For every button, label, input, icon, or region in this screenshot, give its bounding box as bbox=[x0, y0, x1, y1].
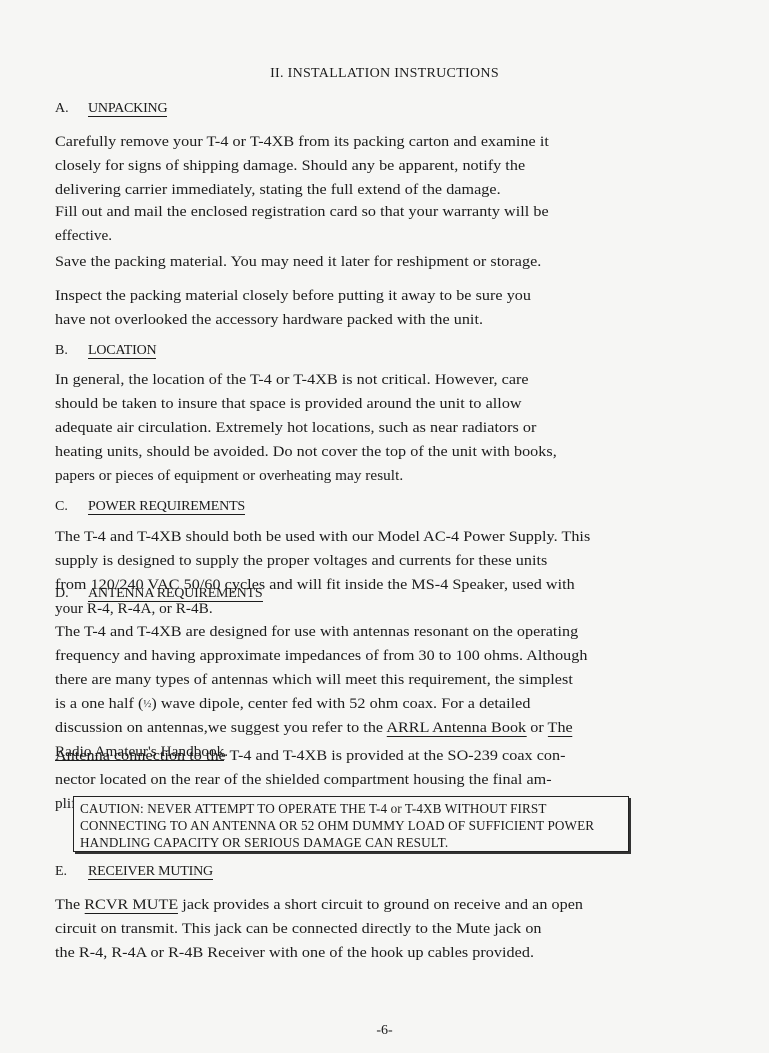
text-span: The bbox=[55, 896, 84, 913]
text-line: nector located on the rear of the shield… bbox=[55, 768, 552, 793]
section-letter: A. bbox=[55, 101, 88, 117]
text-line: Save the packing material. You may need … bbox=[55, 250, 541, 275]
text-line: have not overlooked the accessory hardwa… bbox=[55, 308, 483, 333]
section-letter: B. bbox=[55, 343, 88, 359]
text-line: Inspect the packing material closely bef… bbox=[55, 284, 531, 309]
text-line: closely for signs of shipping damage. Sh… bbox=[55, 154, 525, 179]
text-span: is a one half ( bbox=[55, 695, 143, 712]
caution-line: CONNECTING TO AN ANTENNA OR 52 OHM DUMMY… bbox=[80, 818, 594, 834]
manual-page: II. INSTALLATION INSTRUCTIONS A.UNPACKIN… bbox=[0, 0, 769, 1053]
text-span: discussion on antennas,we suggest you re… bbox=[55, 719, 386, 736]
text-line: heating units, should be avoided. Do not… bbox=[55, 440, 557, 465]
section-title: POWER REQUIREMENTS bbox=[88, 499, 245, 515]
text-line: should be taken to insure that space is … bbox=[55, 392, 522, 417]
text-line: circuit on transmit. This jack can be co… bbox=[55, 917, 542, 942]
section-title: ANTENNA REQUIREMENTS bbox=[88, 586, 263, 602]
text-line: effective. bbox=[55, 224, 112, 249]
section-heading-unpacking: A.UNPACKING bbox=[55, 101, 167, 117]
section-title: UNPACKING bbox=[88, 101, 167, 117]
term-rcvr-mute: RCVR MUTE bbox=[84, 896, 178, 914]
text-line: discussion on antennas,we suggest you re… bbox=[55, 716, 573, 741]
text-line: The T-4 and T-4XB should both be used wi… bbox=[55, 525, 590, 550]
caution-box: CAUTION: NEVER ATTEMPT TO OPERATE THE T-… bbox=[73, 796, 629, 852]
text-line: the R-4, R-4A or R-4B Receiver with one … bbox=[55, 941, 534, 966]
page-number: -6- bbox=[0, 1023, 769, 1039]
section-heading-location: B.LOCATION bbox=[55, 343, 156, 359]
text-line: The T-4 and T-4XB are designed for use w… bbox=[55, 620, 578, 645]
section-title: LOCATION bbox=[88, 343, 156, 359]
caution-line: HANDLING CAPACITY OR SERIOUS DAMAGE CAN … bbox=[80, 835, 448, 851]
text-line: Antenna connection to the T-4 and T-4XB … bbox=[55, 744, 566, 769]
section-title: RECEIVER MUTING bbox=[88, 864, 213, 880]
section-heading-power-requirements: C.POWER REQUIREMENTS bbox=[55, 499, 245, 515]
text-line: adequate air circulation. Extremely hot … bbox=[55, 416, 536, 441]
reference-radio-amateurs-handbook: The bbox=[548, 719, 573, 737]
text-span: or bbox=[526, 719, 547, 736]
text-line: there are many types of antennas which w… bbox=[55, 668, 573, 693]
text-line: is a one half (½) wave dipole, center fe… bbox=[55, 692, 530, 718]
text-line: In general, the location of the T-4 or T… bbox=[55, 368, 529, 393]
text-span: jack provides a short circuit to ground … bbox=[178, 896, 583, 913]
page-title: II. INSTALLATION INSTRUCTIONS bbox=[0, 66, 769, 82]
section-letter: D. bbox=[55, 586, 88, 602]
fraction-one-half: ½ bbox=[143, 699, 151, 710]
section-letter: E. bbox=[55, 864, 88, 880]
text-line: The RCVR MUTE jack provides a short circ… bbox=[55, 893, 583, 918]
text-line: Fill out and mail the enclosed registrat… bbox=[55, 200, 549, 225]
text-line: delivering carrier immediately, stating … bbox=[55, 178, 501, 203]
text-line: frequency and having approximate impedan… bbox=[55, 644, 587, 669]
section-letter: C. bbox=[55, 499, 88, 515]
text-span: ) wave dipole, center fed with 52 ohm co… bbox=[151, 695, 530, 712]
caution-line: CAUTION: NEVER ATTEMPT TO OPERATE THE T-… bbox=[80, 801, 547, 817]
section-heading-receiver-muting: E.RECEIVER MUTING bbox=[55, 864, 213, 880]
section-heading-antenna-requirements: D.ANTENNA REQUIREMENTS bbox=[55, 586, 263, 602]
text-line: supply is designed to supply the proper … bbox=[55, 549, 547, 574]
text-line: papers or pieces of equipment or overhea… bbox=[55, 464, 403, 489]
text-line: Carefully remove your T-4 or T-4XB from … bbox=[55, 130, 549, 155]
reference-arrl-antenna-book: ARRL Antenna Book bbox=[386, 719, 526, 737]
